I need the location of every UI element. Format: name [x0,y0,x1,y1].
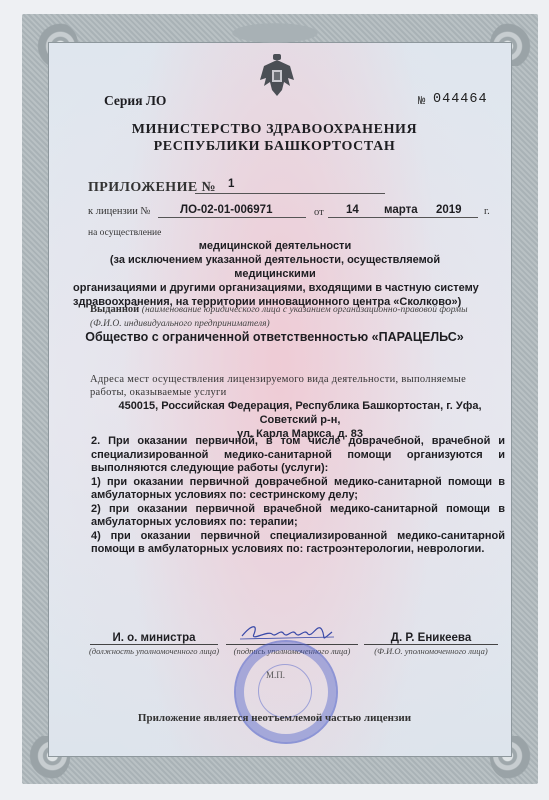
date-day: 14 [346,204,359,216]
ministry-line-1: МИНИСТЕРСТВО ЗДРАВООХРАНЕНИЯ [0,121,549,138]
appendix-number-underline [195,193,385,194]
activity-line: организациями и другими организациями, в… [70,281,480,295]
address-line-1: 450015, Российская Федерация, Республика… [90,399,510,427]
signatory-position: И. о. министра [90,632,218,644]
license-number: ЛО-02-01-006971 [180,204,272,216]
name-caption: (Ф.И.О. уполномоченного лица) [364,646,498,656]
issued-label: Выданной [90,304,139,315]
coat-of-arms-icon [258,52,296,100]
date-suffix: г. [484,206,490,217]
works-item: 2) при оказании первичной врачебной меди… [91,503,505,530]
footer-note: Приложение является неотъемлемой частью … [0,712,549,724]
license-label: к лицензии № [88,206,151,217]
top-ornament-icon [205,16,345,50]
issued-to-label: Выданной (наименование юридического лица… [90,303,470,331]
series-label: Серия ЛО [104,93,166,109]
position-caption: (должность уполномоченного лица) [86,646,222,656]
ministry-line-2: РЕСПУБЛИКИ БАШКОРТОСТАН [0,138,549,155]
address-label: Адреса мест осуществления лицензируемого… [90,373,500,399]
activity-line: (за исключением указанной деятельности, … [70,253,480,281]
date-month: марта [384,204,418,216]
name-underline [364,644,498,645]
activity-line: медицинской деятельности [70,239,480,253]
stamp-label: М.П. [266,670,285,680]
activity-description: медицинской деятельности (за исключением… [70,239,480,309]
number-sign: № [418,94,425,108]
works-item: 1) при оказании первичной доврачебной ме… [91,476,505,503]
date-from-label: от [314,207,324,218]
works-list: 2. При оказании первичной, в том числе д… [91,435,505,557]
works-item: 4) при оказании первичной специализирова… [91,530,505,557]
organization-name: Общество с ограниченной ответственностью… [0,330,549,344]
license-number-underline [158,217,306,218]
appendix-number: 1 [228,178,234,190]
position-underline [90,644,218,645]
issued-hint: (наименование юридического лица с указан… [90,305,468,329]
issuing-authority: МИНИСТЕРСТВО ЗДРАВООХРАНЕНИЯ РЕСПУБЛИКИ … [0,121,549,155]
date-year: 2019 [436,204,462,216]
blank-number: 044464 [433,92,488,107]
handwritten-signature-icon [238,620,338,644]
official-seal-icon: М.П. [234,640,338,744]
works-item: 2. При оказании первичной, в том числе д… [91,435,505,476]
date-underline [328,217,478,218]
license-appendix-page: Серия ЛО № 044464 МИНИСТЕРСТВО ЗДРАВООХР… [0,0,549,800]
signatory-name: Д. Р. Еникеева [364,632,498,644]
activity-label: на осуществление [88,228,161,238]
